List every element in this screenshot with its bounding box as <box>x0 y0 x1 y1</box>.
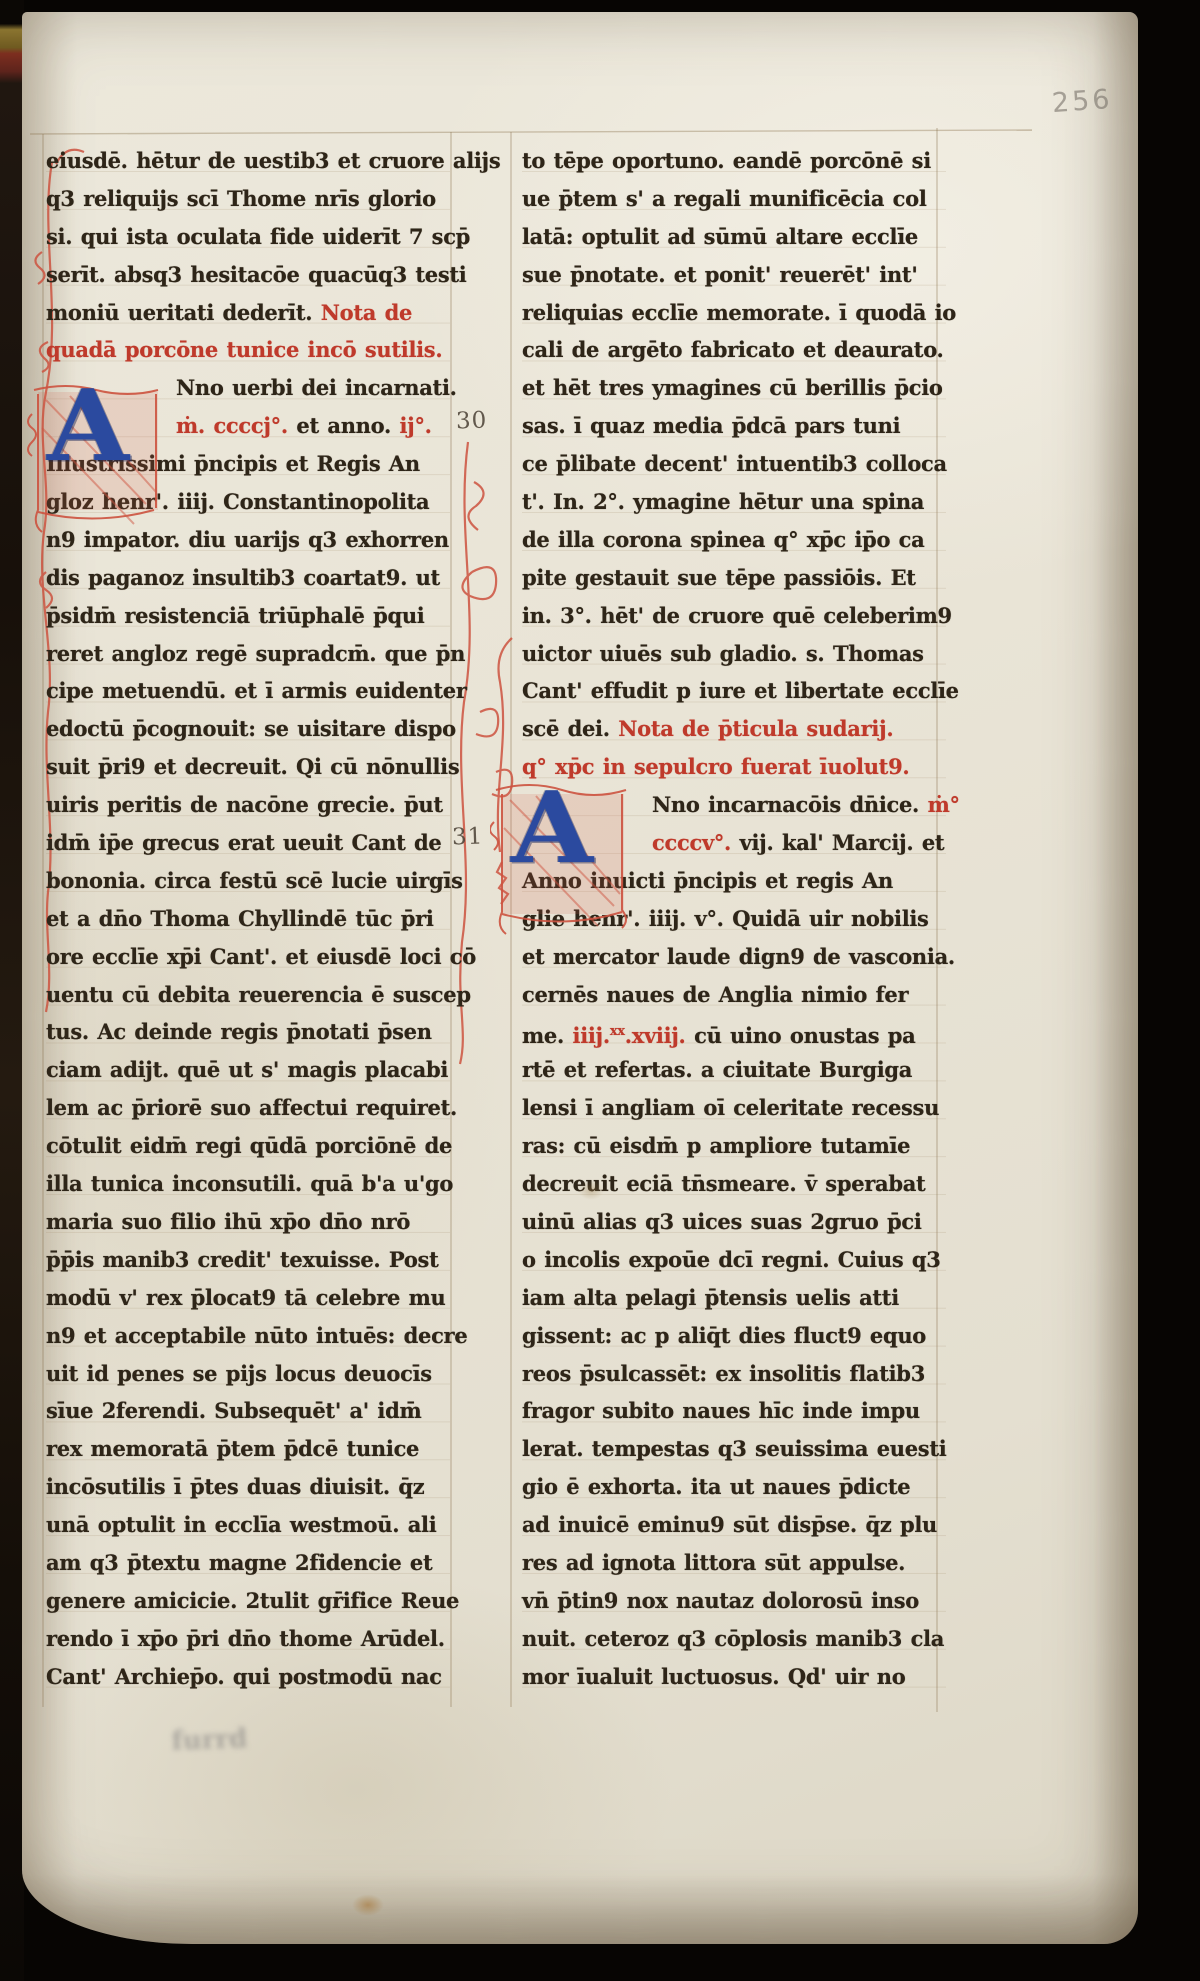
text-line: cali de argēto fabricato et deaurato. <box>522 331 946 369</box>
manuscript-photo: eiusdē. hētur de uestib3 et cruore alijs… <box>0 0 1200 1981</box>
text-line: genere amicicie. 2tulit gr̄ifice Reue <box>46 1582 450 1620</box>
body-text: vn̄ p̄tin9 nox nautaz dolorosū inso <box>522 1588 919 1613</box>
body-text: lerat. tempestas q3 seuissima euesti <box>522 1436 946 1461</box>
body-text: incōsutilis ī p̄tes duas diuisit. q̄z <box>46 1474 424 1499</box>
body-text: cernēs naues de Anglia nimio fer <box>522 982 908 1007</box>
text-line: suit p̄ri9 et decreuit. Qi cū nōnullis <box>46 748 450 786</box>
illuminated-initial-A-right: A <box>490 782 646 940</box>
text-line: edoctū p̄cognouit: se uisitare dispo <box>46 710 450 748</box>
body-text: edoctū p̄cognouit: se uisitare dispo <box>46 716 456 741</box>
text-line: reret angloz regē supradcm̄. que p̄n <box>46 635 450 673</box>
text-line: unā optulit in ecclīa westmoū. ali <box>46 1506 450 1544</box>
text-line: pite gestauit sue tēpe passiōis. Et <box>522 559 946 597</box>
body-text: Nno incarnacōis dn̄ice. <box>652 792 928 817</box>
body-text: n9 et acceptabile nūto intuēs: decre <box>46 1323 467 1348</box>
text-line: gissent: ac p aliq̄t dies fluct9 equo <box>522 1317 946 1355</box>
body-text: uit id penes se pijs locus deuocīs <box>46 1361 432 1386</box>
body-text: scē dei. <box>522 716 618 741</box>
text-line: eiusdē. hētur de uestib3 et cruore alijs <box>46 142 450 180</box>
text-line: lerat. tempestas q3 seuissima euesti <box>522 1430 946 1468</box>
body-text: uiris peritis de nacōne grecie. p̄ut <box>46 792 443 817</box>
body-text: reos p̄sulcassēt: ex insolitis flatib3 <box>522 1361 925 1386</box>
text-line: p̄p̄is manib3 credit' texuisse. Post <box>46 1241 450 1279</box>
body-text: et anno. <box>296 413 399 438</box>
text-line: fragor subito naues hīc inde impu <box>522 1392 946 1430</box>
text-line: incōsutilis ī p̄tes duas diuisit. q̄z <box>46 1468 450 1506</box>
rubric-text: Nota de p̄ticula sudarij. <box>618 716 893 741</box>
text-line: o incolis expoūe dcī regni. Cuius q3 <box>522 1241 946 1279</box>
body-text: unā optulit in ecclīa westmoū. ali <box>46 1512 436 1537</box>
text-line: q3 reliquijs scī Thome nrīs glorio <box>46 180 450 218</box>
text-line: sīue 2ferendi. Subsequēt' a' idm̄ <box>46 1392 450 1430</box>
text-line: rtē et refertas. a ciuitate Burgiga <box>522 1051 946 1089</box>
body-text: ciam adijt. quē ut s' magis placabi <box>46 1057 448 1082</box>
rubric-text: ṁ. ccccj°. <box>176 413 296 438</box>
body-text: in. 3°. hēt' de cruore quē celeberim9 <box>522 603 952 628</box>
text-line: et hēt tres ymagines cū berillis p̄cio <box>522 369 946 407</box>
stain-spot-small <box>578 1180 604 1200</box>
stain-spot <box>352 1894 384 1916</box>
text-line: vn̄ p̄tin9 nox nautaz dolorosū inso <box>522 1582 946 1620</box>
text-line: Cant' effudit p iure et libertate ecclīe <box>522 672 946 710</box>
text-line: to tēpe oportuno. eandē porcōnē si <box>522 142 946 180</box>
text-line: res ad ignota littora sūt appulse. <box>522 1544 946 1582</box>
body-text: p̄p̄is manib3 credit' texuisse. Post <box>46 1247 438 1272</box>
body-text: ras: cū eisdm̄ p ampliore tutamīe <box>522 1133 910 1158</box>
body-text: to tēpe oportuno. eandē porcōnē si <box>522 148 931 173</box>
text-line: iam alta pelagi p̄tensis uelis atti <box>522 1279 946 1317</box>
body-text: reret angloz regē supradcm̄. que p̄n <box>46 641 465 666</box>
illuminated-initial-A-left: A <box>26 380 182 538</box>
body-text: fragor subito naues hīc inde impu <box>522 1398 920 1423</box>
body-text: ue p̄tem s' a regali munificēcia col <box>522 186 927 211</box>
text-line: ad inuicē eminu9 sūt disp̄se. q̄z plu <box>522 1506 946 1544</box>
body-text: pite gestauit sue tēpe passiōis. Et <box>522 565 916 590</box>
text-line: n9 et acceptabile nūto intuēs: decre <box>46 1317 450 1355</box>
body-text: sas. ī quaz media p̄dcā pars tuni <box>522 413 900 438</box>
text-line: sas. ī quaz media p̄dcā pars tuni <box>522 407 946 445</box>
text-line: am q3 p̄textu magne 2fidencie et <box>46 1544 450 1582</box>
folio-number: 256 <box>1051 84 1114 119</box>
body-text: nuit. ceteroz q3 cōplosis manib3 cla <box>522 1626 944 1651</box>
body-text: gio ē exhorta. ita ut naues p̄dicte <box>522 1474 910 1499</box>
body-text: Cant' effudit p iure et libertate ecclīe <box>522 678 959 703</box>
body-text: genere amicicie. 2tulit gr̄ifice Reue <box>46 1588 459 1613</box>
rubric-text: .xviij. <box>625 1023 694 1048</box>
text-line: uit id penes se pijs locus deuocīs <box>46 1355 450 1393</box>
body-text: rex memoratā p̄tem p̄dcē tunice <box>46 1436 419 1461</box>
initial-letter-right: A <box>511 774 593 884</box>
body-text: res ad ignota littora sūt appulse. <box>522 1550 905 1575</box>
text-line: ce p̄libate decent' intuentib3 colloca <box>522 445 946 483</box>
text-line: mor īualuit luctuosus. Qd' uir no <box>522 1658 946 1696</box>
text-line: ciam adijt. quē ut s' magis placabi <box>46 1051 450 1089</box>
body-text: maria suo filio ihū xp̄o dn̄o nrō <box>46 1209 410 1234</box>
body-text: me. <box>522 1023 573 1048</box>
body-text: Cant' Archiep̄o. qui postmodū nac <box>46 1664 442 1689</box>
body-text: et a dn̄o Thoma Chyllindē tūc p̄ri <box>46 906 434 931</box>
text-line: et a dn̄o Thoma Chyllindē tūc p̄ri <box>46 900 450 938</box>
text-line: p̄sidm̄ resistenciā triūphalē p̄qui <box>46 597 450 635</box>
body-text: latā: optulit ad sūmū altare ecclīe <box>522 224 918 249</box>
parchment-page: eiusdē. hētur de uestib3 et cruore alijs… <box>22 12 1138 1944</box>
body-text: vij. kal' Marcij. et <box>740 830 945 855</box>
text-line: lensi ī angliam oī celeritate recessu <box>522 1089 946 1127</box>
text-line: idm̄ ip̄e grecus erat ueuit Cant de <box>46 824 450 862</box>
body-text: ad inuicē eminu9 sūt disp̄se. q̄z plu <box>522 1512 937 1537</box>
text-line: reos p̄sulcassēt: ex insolitis flatib3 <box>522 1355 946 1393</box>
rubric-text: quadā porcōne tunice incō sutilis. <box>46 337 442 362</box>
text-line: uiris peritis de nacōne grecie. p̄ut <box>46 786 450 824</box>
body-text: cipe metuendū. et ī armis euidenter <box>46 678 467 703</box>
body-text: et hēt tres ymagines cū berillis p̄cio <box>522 375 943 400</box>
body-text: iam alta pelagi p̄tensis uelis atti <box>522 1285 899 1310</box>
text-line: t'. In. 2°. ymagine hētur una spina <box>522 483 946 521</box>
text-line: nuit. ceteroz q3 cōplosis manib3 cla <box>522 1620 946 1658</box>
body-text: ore ecclīe xp̄i Cant'. et eiusdē loci cō <box>46 944 476 969</box>
text-line: maria suo filio ihū xp̄o dn̄o nrō <box>46 1203 450 1241</box>
body-text: tus. Ac deinde regis p̄notati p̄sen <box>46 1019 432 1044</box>
body-text: et mercator laude dign9 de vasconia. <box>522 944 955 969</box>
text-line: tus. Ac deinde regis p̄notati p̄sen <box>46 1013 450 1051</box>
body-text: p̄sidm̄ resistenciā triūphalē p̄qui <box>46 603 425 628</box>
text-line: latā: optulit ad sūmū altare ecclīe <box>522 218 946 256</box>
body-text: ce p̄libate decent' intuentib3 colloca <box>522 451 947 476</box>
body-text: modū v' rex p̄locat9 tā celebre mu <box>46 1285 446 1310</box>
body-text: illa tunica inconsutili. quā b'a u'go <box>46 1171 453 1196</box>
text-line: cernēs naues de Anglia nimio fer <box>522 976 946 1014</box>
body-text: lensi ī angliam oī celeritate recessu <box>522 1095 939 1120</box>
text-line: cipe metuendū. et ī armis euidenter <box>46 672 450 710</box>
text-line: illa tunica inconsutili. quā b'a u'go <box>46 1165 450 1203</box>
text-line: reliquias ecclīe memorate. ī quodā io <box>522 294 946 332</box>
text-line: si. qui ista oculata fide uiderīt 7 scp̄ <box>46 218 450 256</box>
text-line: rendo ī xp̄o p̄ri dn̄o thome Arūdel. <box>46 1620 450 1658</box>
rubric-text: xx <box>610 1024 625 1039</box>
body-text: idm̄ ip̄e grecus erat ueuit Cant de <box>46 830 442 855</box>
body-text: cali de argēto fabricato et deaurato. <box>522 337 944 362</box>
text-line: ras: cū eisdm̄ p ampliore tutamīe <box>522 1127 946 1165</box>
body-text: o incolis expoūe dcī regni. Cuius q3 <box>522 1247 941 1272</box>
body-text: Nno uerbi dei incarnati. <box>176 375 457 400</box>
text-line: serīt. absq3 hesitacōe quacūq3 testi <box>46 256 450 294</box>
text-line: de illa corona spinea q° xp̄c ip̄o ca <box>522 521 946 559</box>
rubric-text: ij°. <box>400 413 432 438</box>
body-text: reliquias ecclīe memorate. ī quodā io <box>522 300 956 325</box>
body-text: uentu cū debita reuerencia ē suscep <box>46 982 471 1007</box>
text-line: et mercator laude dign9 de vasconia. <box>522 938 946 976</box>
margin-number-31: 31 <box>452 823 484 850</box>
text-line: uentu cū debita reuerencia ē suscep <box>46 976 450 1014</box>
body-text: gissent: ac p aliq̄t dies fluct9 equo <box>522 1323 926 1348</box>
offset-ink-ghost: furrd <box>171 1721 323 1782</box>
body-text: moniū ueritati dederīt. <box>46 300 321 325</box>
body-text: rtē et refertas. a ciuitate Burgiga <box>522 1057 912 1082</box>
body-text: si. qui ista oculata fide uiderīt 7 scp̄ <box>46 224 470 249</box>
rubric-text: Nota de <box>321 300 412 325</box>
text-line: gio ē exhorta. ita ut naues p̄dicte <box>522 1468 946 1506</box>
text-line: quadā porcōne tunice incō sutilis. <box>46 331 450 369</box>
text-line: dis paganoz insultib3 coartat9. ut <box>46 559 450 597</box>
text-line: scē dei. Nota de p̄ticula sudarij. <box>522 710 946 748</box>
text-line: ue p̄tem s' a regali munificēcia col <box>522 180 946 218</box>
rubric-text: ṁ° <box>928 792 960 817</box>
rubric-text: ccccv°. <box>652 830 740 855</box>
body-text: dis paganoz insultib3 coartat9. ut <box>46 565 440 590</box>
body-text: serīt. absq3 hesitacōe quacūq3 testi <box>46 262 466 287</box>
body-text: rendo ī xp̄o p̄ri dn̄o thome Arūdel. <box>46 1626 445 1651</box>
rubric-text: iiij. <box>573 1023 610 1048</box>
text-line: uinū alias q3 uices suas 2gruo p̄ci <box>522 1203 946 1241</box>
initial-letter-left: A <box>47 372 129 482</box>
body-text: sīue 2ferendi. Subsequēt' a' idm̄ <box>46 1398 421 1423</box>
body-text: q3 reliquijs scī Thome nrīs glorio <box>46 186 436 211</box>
book-fore-edge <box>0 0 24 1981</box>
body-text: mor īualuit luctuosus. Qd' uir no <box>522 1664 905 1689</box>
body-text: am q3 p̄textu magne 2fidencie et <box>46 1550 432 1575</box>
body-text: bononia. circa festū scē lucie uirgīs <box>46 868 463 893</box>
body-text: uictor uiuēs sub gladio. s. Thomas <box>522 641 924 666</box>
text-line: modū v' rex p̄locat9 tā celebre mu <box>46 1279 450 1317</box>
text-line: in. 3°. hēt' de cruore quē celeberim9 <box>522 597 946 635</box>
text-line: ore ecclīe xp̄i Cant'. et eiusdē loci cō <box>46 938 450 976</box>
text-line: sue p̄notate. et ponit' reuerēt' int' <box>522 256 946 294</box>
text-line: uictor uiuēs sub gladio. s. Thomas <box>522 635 946 673</box>
body-text: sue p̄notate. et ponit' reuerēt' int' <box>522 262 917 287</box>
body-text: t'. In. 2°. ymagine hētur una spina <box>522 489 924 514</box>
body-text: de illa corona spinea q° xp̄c ip̄o ca <box>522 527 924 552</box>
text-line: moniū ueritati dederīt. Nota de <box>46 294 450 332</box>
body-text: cōtulit eidm̄ regi qūdā porciōnē de <box>46 1133 452 1158</box>
body-text: lem ac p̄riorē suo affectui requiret. <box>46 1095 457 1120</box>
text-line: cōtulit eidm̄ regi qūdā porciōnē de <box>46 1127 450 1165</box>
body-text: uinū alias q3 uices suas 2gruo p̄ci <box>522 1209 922 1234</box>
text-line: rex memoratā p̄tem p̄dcē tunice <box>46 1430 450 1468</box>
margin-number-30: 30 <box>456 407 488 434</box>
body-text: eiusdē. hētur de uestib3 et cruore alijs <box>46 148 500 173</box>
body-text: cū uino onustas pa <box>694 1023 915 1048</box>
text-line: lem ac p̄riorē suo affectui requiret. <box>46 1089 450 1127</box>
text-line: Cant' Archiep̄o. qui postmodū nac <box>46 1658 450 1696</box>
text-line: me. iiij.xx.xviij. cū uino onustas pa <box>522 1013 946 1051</box>
text-line: bononia. circa festū scē lucie uirgīs <box>46 862 450 900</box>
body-text: suit p̄ri9 et decreuit. Qi cū nōnullis <box>46 754 459 779</box>
